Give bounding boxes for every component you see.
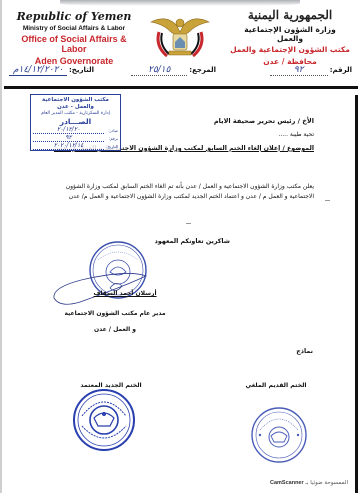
new-stamp-seal-icon	[72, 388, 136, 456]
stamp-row-value: ٢٠٢٠/١٢/١٤	[33, 142, 104, 150]
scan-artifact	[186, 223, 191, 224]
page-left-edge	[0, 0, 2, 493]
office-ar: مكتب الشؤون الإجتماعية والعمل	[230, 45, 350, 55]
stamp-row: التاريخ: ٢٠٢٠/١٢/١٤	[33, 142, 118, 150]
republic-ar: الجمهورية اليمنية	[230, 8, 350, 22]
ref-reference-value: ٢٥/١٥	[131, 65, 187, 76]
samples-heading: نماذج	[296, 348, 313, 355]
closing-line: شاكرين تعاونكم المعهود	[155, 238, 230, 245]
scan-shadow	[60, 0, 300, 6]
signatory-title-line1: مدير عام مكتب الشؤون الاجتماعية	[55, 310, 175, 317]
body-paragraph: يعلن مكتب وزارة الشؤون الاجتماعية و العم…	[64, 182, 314, 202]
stamp-row-label: التاريخ:	[106, 143, 118, 150]
stamp-row-value: ٢٠/١٢/٢٠	[33, 126, 104, 134]
ref-number-value: ٩٢	[270, 65, 328, 76]
greeting-line: تحية طيبة .....	[278, 131, 314, 138]
ref-date: التاريخ: ١٤/١٢/٢٠٢٠م	[9, 65, 94, 76]
ref-reference-label: المرجع:	[189, 66, 216, 74]
yemen-eagle-emblem-icon	[147, 12, 213, 60]
ref-date-value: ١٤/١٢/٢٠٢٠م	[9, 65, 67, 76]
page-right-border	[355, 95, 358, 493]
signatory-name: أرسلان أحمد السقاف	[75, 290, 175, 297]
old-stamp-label: الختم القديم الملغي	[236, 382, 316, 389]
header-divider	[4, 86, 358, 89]
stamp-row-label: برقم:	[106, 135, 118, 142]
stamp-row: برقم: ٩٢	[33, 134, 118, 142]
camscanner-watermark: الممسوحة ضوئيا بـ CamScanner	[270, 480, 348, 486]
watermark-brand: CamScanner	[270, 480, 304, 486]
old-stamp-seal-icon	[250, 406, 308, 468]
outgoing-register-stamp: مكتب الشؤون الاجتماعية والعمل - عدن إدار…	[30, 94, 121, 151]
stamp-row-label: صادر:	[106, 127, 118, 134]
ministry-en: Ministry of Social Affairs & Labor	[14, 25, 134, 32]
ref-number: الرقم: ٩٢	[270, 65, 352, 76]
stamp-title: الصـــادر	[33, 117, 118, 126]
ref-date-label: التاريخ:	[69, 66, 94, 74]
stamp-row: صادر: ٢٠/١٢/٢٠	[33, 126, 118, 134]
office-en-line1: Office of Social Affairs & Labor	[14, 34, 134, 54]
scanned-letter-page: Republic of Yemen Ministry of Social Aff…	[0, 0, 360, 493]
ref-reference: المرجع: ٢٥/١٥	[131, 65, 216, 76]
ministry-ar: وزارة الشؤون الإجتماعية والعمل	[230, 25, 350, 43]
stamp-office: مكتب الشؤون الاجتماعية والعمل - عدن	[33, 97, 118, 111]
scan-artifact	[325, 200, 330, 201]
recipient-line: الأخ / رئيس تحرير صحيفة الايام	[214, 117, 314, 125]
reference-line: الرقم: ٩٢ المرجع: ٢٥/١٥ التاريخ: ١٤/١٢/٢…	[14, 63, 356, 83]
republic-en: Republic of Yemen	[14, 10, 134, 23]
ref-number-label: الرقم:	[330, 66, 352, 74]
watermark-prefix: الممسوحة ضوئيا بـ	[305, 480, 348, 486]
signatory-title-line2: و العمل / عدن	[55, 326, 175, 333]
stamp-row-value: ٩٢	[33, 134, 104, 142]
header-arabic: الجمهورية اليمنية وزارة الشؤون الإجتماعي…	[230, 8, 350, 67]
header-english: Republic of Yemen Ministry of Social Aff…	[14, 10, 134, 66]
